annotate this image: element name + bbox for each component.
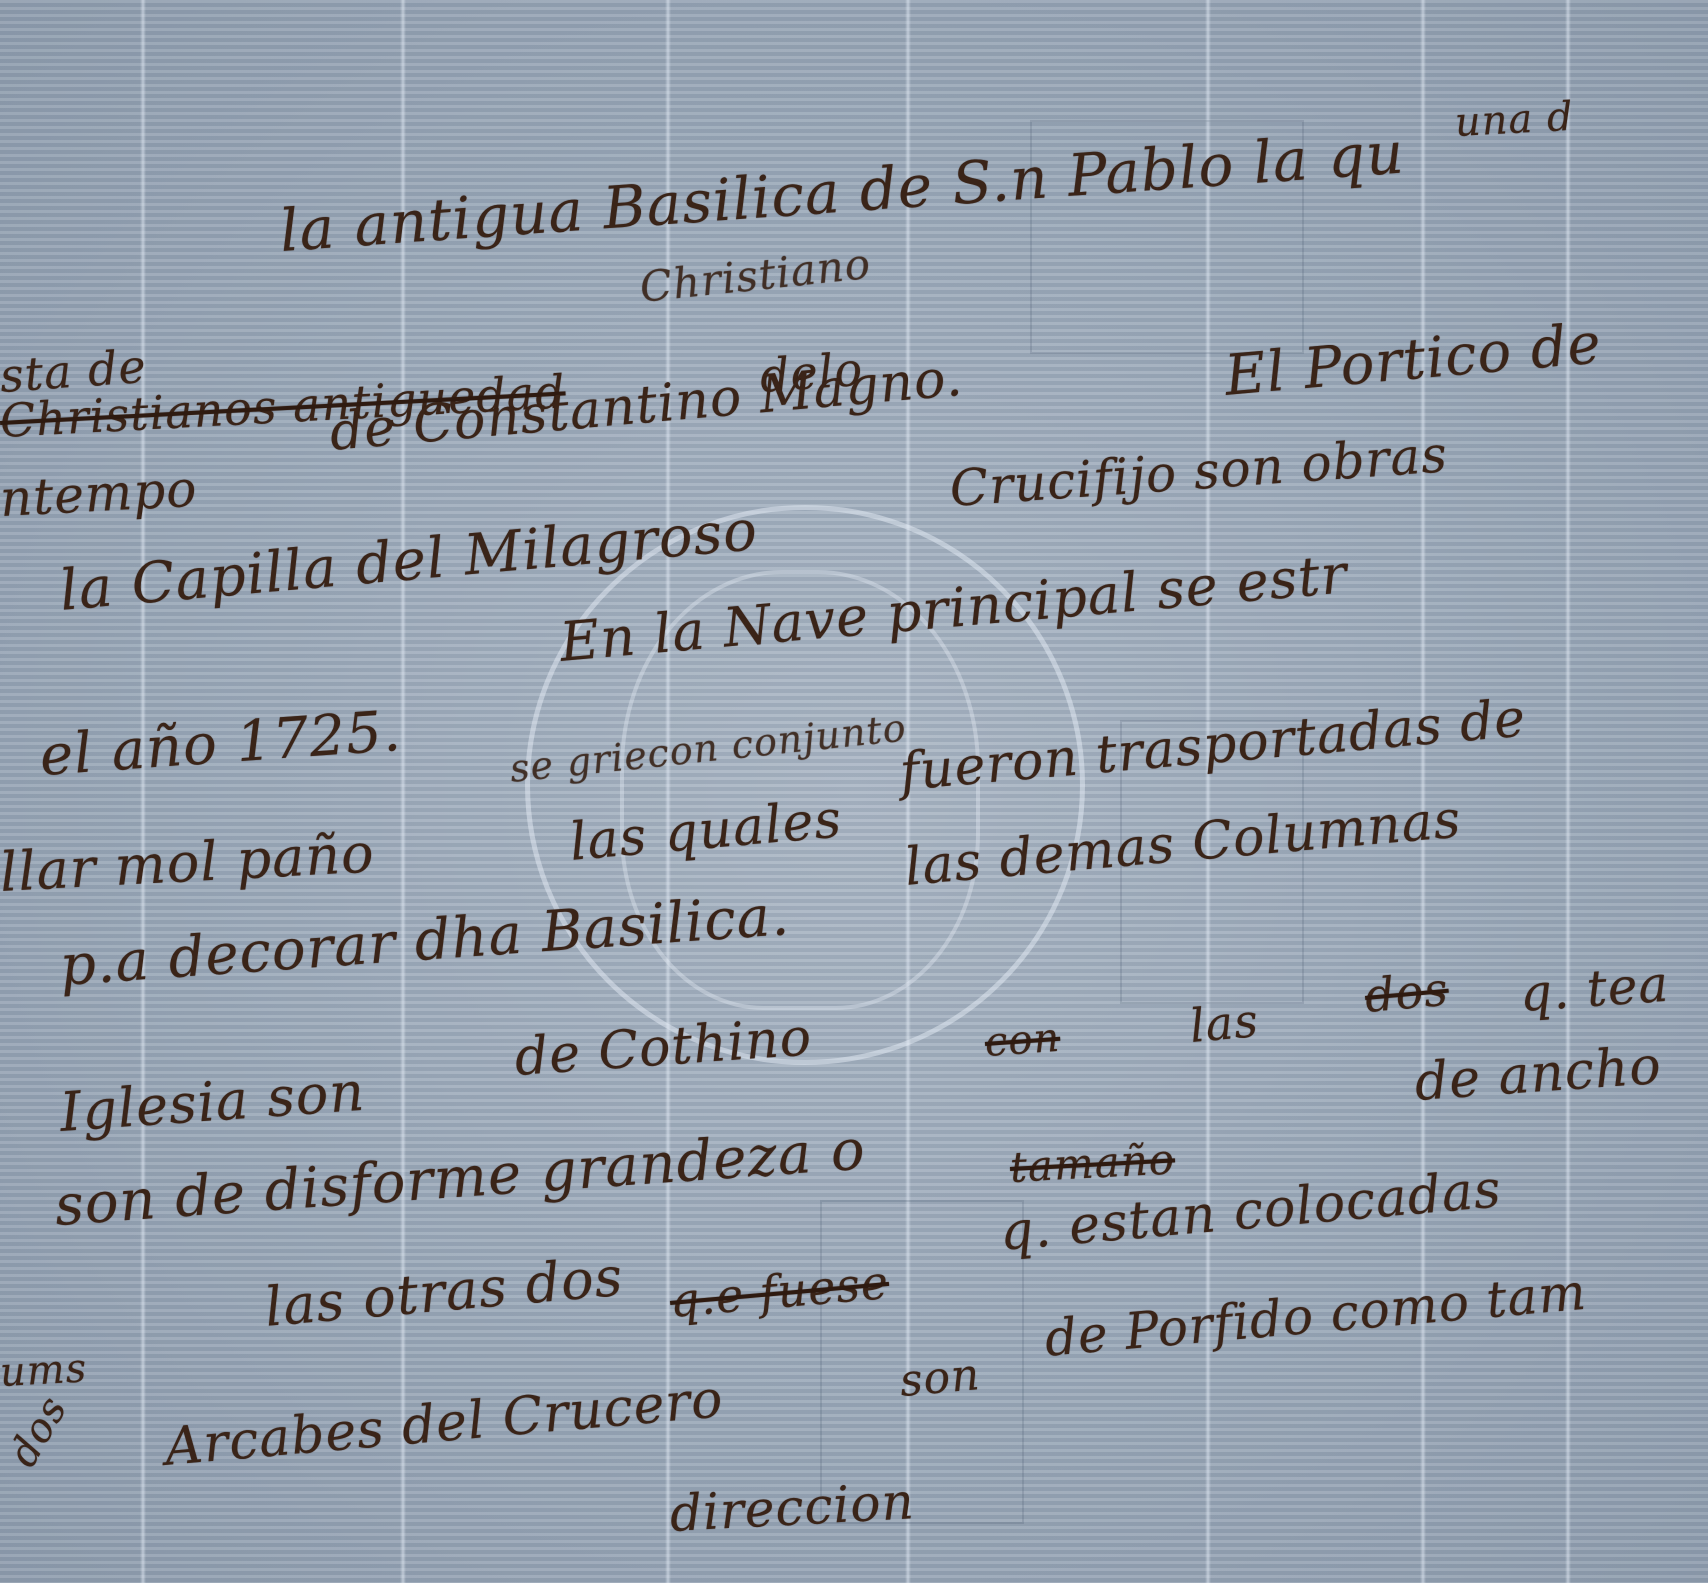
- manuscript-line: ums: [0, 1345, 88, 1396]
- manuscript-line: el año 1725.: [38, 699, 404, 789]
- manuscript-line: las otras dos: [262, 1245, 625, 1339]
- manuscript-line: de Porfido como tam: [1042, 1263, 1588, 1368]
- struck-through-text: tamaño: [1009, 1134, 1176, 1192]
- manuscript-line: una d: [1454, 94, 1575, 146]
- manuscript-line: llar mol paño: [0, 821, 376, 904]
- manuscript-page: una dla antigua Basilica de S.n Pablo la…: [0, 0, 1708, 1583]
- manuscript-line: direccion: [668, 1472, 915, 1543]
- manuscript-line: de ancho: [1413, 1036, 1664, 1113]
- struck-through-text: con: [983, 1015, 1061, 1066]
- manuscript-line: de Constantino Magno.: [327, 348, 965, 463]
- manuscript-line: las: [1188, 993, 1261, 1053]
- manuscript-line: de Cothino: [513, 1007, 814, 1088]
- struck-through-text: dos: [1363, 962, 1451, 1023]
- manuscript-line: Crucifijo son obras: [948, 425, 1450, 518]
- manuscript-line: Arcabes del Crucero: [162, 1369, 725, 1478]
- manuscript-line: ntempo: [0, 460, 199, 528]
- manuscript-line: son: [898, 1349, 983, 1407]
- manuscript-line: q. tea: [1518, 955, 1671, 1023]
- manuscript-line: Iglesia son: [58, 1060, 367, 1144]
- interlinear-insertion: Christiano: [637, 239, 873, 312]
- chain-line: [1565, 0, 1571, 1583]
- manuscript-line: dos: [0, 1388, 76, 1474]
- chain-line: [140, 0, 146, 1583]
